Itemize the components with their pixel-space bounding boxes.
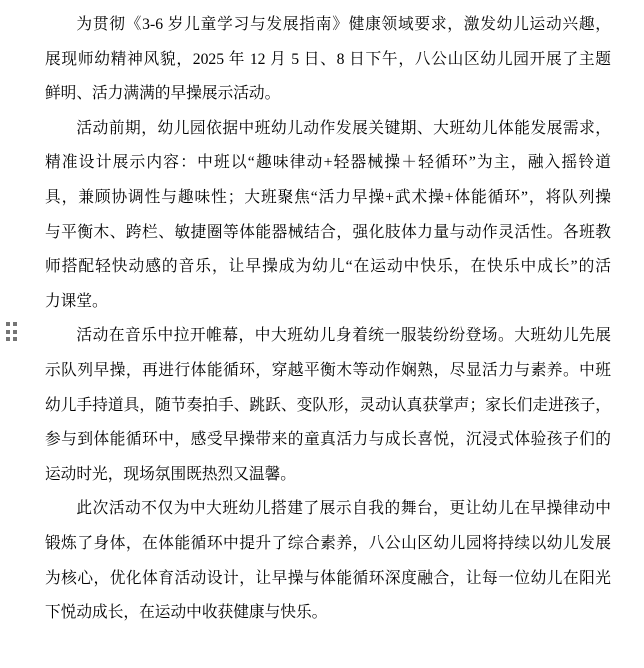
drag-handle-dot (13, 322, 17, 326)
document-body[interactable]: 为贯彻《3-6 岁儿童学习与发展指南》健康领域要求，激发幼儿运动兴趣，展现师幼精… (45, 8, 611, 631)
text-line: 下悦动成长，在运动中收获健康与快乐。 (45, 596, 611, 631)
text-line: 此次活动不仅为中大班幼儿搭建了展示自我的舞台，更让幼儿在早操律动中 (45, 492, 611, 527)
text-line: 幼儿手持道具，随节奏拍手、跳跃、变队形，灵动认真获掌声；家长们走进孩子， (45, 389, 611, 424)
text-line: 活动在音乐中拉开帷幕，中大班幼儿身着统一服装纷纷登场。大班幼儿先展 (45, 319, 611, 354)
text-line: 展现师幼精神风貌，2025 年 12 月 5 日、8 日下午，八公山区幼儿园开展… (45, 43, 611, 78)
drag-handle-dot (6, 337, 10, 341)
drag-handle-dot (6, 330, 10, 334)
drag-handle-dot (13, 337, 17, 341)
text-line: 具，兼顾协调性与趣味性；大班聚焦“活力早操+武术操+体能循环”，将队列操 (45, 181, 611, 216)
text-line: 与平衡木、跨栏、敏捷圈等体能器械结合，强化肢体力量与动作灵活性。各班教 (45, 216, 611, 251)
text-line: 精准设计展示内容：中班以“趣味律动+轻器械操＋轻循环”为主，融入摇铃道 (45, 146, 611, 181)
drag-handle-dot (13, 330, 17, 334)
paragraph: 活动在音乐中拉开帷幕，中大班幼儿身着统一服装纷纷登场。大班幼儿先展示队列早操，再… (45, 319, 611, 492)
text-line: 参与到体能循环中，感受早操带来的童真活力与成长喜悦，沉浸式体验孩子们的 (45, 423, 611, 458)
text-line: 师搭配轻快动感的音乐，让早操成为幼儿“在运动中快乐，在快乐中成长”的活 (45, 250, 611, 285)
text-line: 为贯彻《3-6 岁儿童学习与发展指南》健康领域要求，激发幼儿运动兴趣， (45, 8, 611, 43)
text-line: 鲜明、活力满满的早操展示活动。 (45, 77, 611, 112)
document-page: { "page": { "background_color": "#ffffff… (0, 0, 644, 668)
text-line: 示队列早操，再进行体能循环，穿越平衡木等动作娴熟，尽显活力与素养。中班 (45, 354, 611, 389)
paragraph: 活动前期，幼儿园依据中班幼儿动作发展关键期、大班幼儿体能发展需求，精准设计展示内… (45, 112, 611, 320)
drag-handle-icon[interactable] (6, 322, 17, 341)
text-line: 锻炼了身体，在体能循环中提升了综合素养，八公山区幼儿园将持续以幼儿发展 (45, 527, 611, 562)
text-line: 为核心，优化体育活动设计，让早操与体能循环深度融合，让每一位幼儿在阳光 (45, 562, 611, 597)
text-line: 活动前期，幼儿园依据中班幼儿动作发展关键期、大班幼儿体能发展需求， (45, 112, 611, 147)
paragraph: 此次活动不仅为中大班幼儿搭建了展示自我的舞台，更让幼儿在早操律动中锻炼了身体，在… (45, 492, 611, 630)
drag-handle-dot (6, 322, 10, 326)
text-line: 运动时光，现场氛围既热烈又温馨。 (45, 458, 611, 493)
paragraph: 为贯彻《3-6 岁儿童学习与发展指南》健康领域要求，激发幼儿运动兴趣，展现师幼精… (45, 8, 611, 112)
text-line: 力课堂。 (45, 285, 611, 320)
